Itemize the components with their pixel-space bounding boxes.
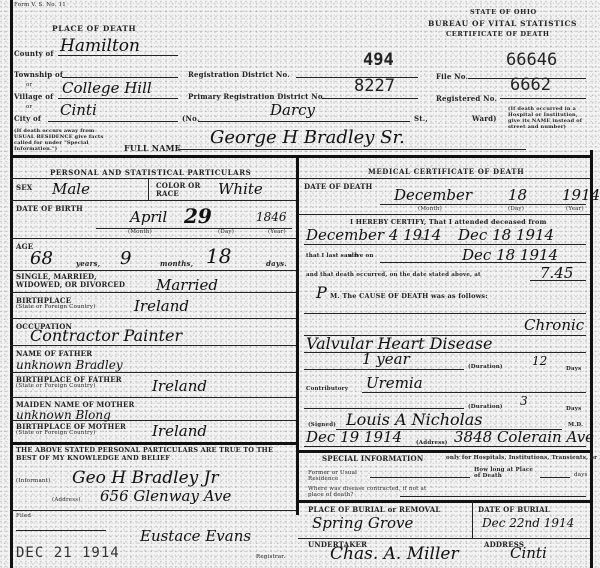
death-date-label: DATE OF DEATH bbox=[304, 182, 372, 191]
informant-value: Geo H Bradley Jr bbox=[72, 468, 219, 488]
dob-year: 1846 bbox=[256, 210, 287, 224]
undertaker-value: Chas. A. Miller bbox=[330, 544, 459, 564]
or-label: or bbox=[26, 82, 32, 88]
street-value: Darcy bbox=[270, 101, 315, 119]
signed-date: Dec 19 1914 bbox=[306, 428, 402, 446]
marital-label: SINGLE, MARRIED, WIDOWED, OR DIVORCED bbox=[16, 273, 136, 289]
certificate-title: CERTIFICATE OF DEATH bbox=[446, 30, 550, 38]
age-months: 9 bbox=[120, 248, 131, 269]
sex-value: Male bbox=[52, 180, 90, 198]
bureau-heading: BUREAU OF VITAL STATISTICS bbox=[428, 19, 577, 28]
township-label: Township of bbox=[14, 70, 63, 79]
full-name-label: FULL NAME bbox=[124, 143, 181, 153]
death-month: December bbox=[394, 186, 472, 204]
birthplace-sublabel: (State or Foreign Country) bbox=[16, 304, 95, 310]
form-number: Form V. S. No. 11 bbox=[14, 2, 66, 8]
days-label-2: Days bbox=[566, 406, 581, 412]
occupation-value: Contractor Painter bbox=[30, 326, 182, 345]
full-name-value: George H Bradley Sr. bbox=[210, 127, 405, 148]
informant-label: (Informant) bbox=[16, 478, 50, 484]
informant-address-label: (Address) bbox=[52, 497, 81, 503]
age-years: 68 bbox=[30, 248, 53, 269]
dob-month: April bbox=[130, 208, 167, 226]
informant-address: 656 Glenway Ave bbox=[100, 487, 231, 505]
column-divider bbox=[296, 155, 299, 515]
residence-note: (If death occurs away from USUAL RESIDEN… bbox=[14, 128, 114, 152]
left-border bbox=[10, 0, 13, 568]
burial-place-value: Spring Grove bbox=[312, 514, 413, 532]
registration-district-number: 494 bbox=[363, 50, 394, 70]
dob-month-caption: (Month) bbox=[128, 229, 152, 235]
burial-place-label: PLACE OF BURIAL or REMOVAL bbox=[308, 505, 440, 514]
file-number: 66646 bbox=[506, 50, 557, 70]
father-birthplace-value: Ireland bbox=[152, 377, 207, 395]
primary-district-label: Primary Registration District No. bbox=[188, 92, 325, 101]
duration-label: (Duration) bbox=[468, 364, 503, 370]
special-days-label: days bbox=[574, 472, 588, 478]
attended-to: Dec 18 1914 bbox=[458, 226, 554, 244]
personal-heading: PERSONAL AND STATISTICAL PARTICULARS bbox=[50, 168, 251, 177]
cause-text: M. The CAUSE OF DEATH was as follows: bbox=[330, 292, 488, 300]
death-day-caption: (Day) bbox=[508, 206, 524, 212]
county-label: County of bbox=[14, 49, 54, 58]
street-number-label: (No. bbox=[182, 114, 200, 123]
mother-birthplace-value: Ireland bbox=[152, 422, 207, 440]
death-month-caption: (Month) bbox=[418, 206, 442, 212]
contributory-value: Uremia bbox=[366, 374, 423, 392]
duration-contributory-days: 3 bbox=[520, 394, 528, 408]
sex-label: SEX bbox=[16, 183, 32, 192]
ward-label: Ward) bbox=[472, 114, 497, 123]
section-divider bbox=[10, 155, 593, 158]
county-value: Hamilton bbox=[60, 36, 140, 56]
dob-day-caption: (Day) bbox=[218, 229, 234, 235]
village-label: Village of bbox=[14, 92, 53, 101]
mother-birthplace-sublabel: (State or Foreign Country) bbox=[16, 430, 95, 436]
special-info-heading: SPECIAL INFORMATION bbox=[322, 454, 423, 463]
death-day: 18 bbox=[508, 186, 527, 204]
attestation: THE ABOVE STATED PERSONAL PARTICULARS AR… bbox=[16, 446, 292, 462]
father-value: unknown Bradley bbox=[16, 358, 123, 372]
medical-heading: MEDICAL CERTIFICATE OF DEATH bbox=[368, 167, 524, 176]
registrar-signature: Eustace Evans bbox=[140, 527, 251, 545]
to-label: to bbox=[418, 236, 424, 242]
filed-label: Filed bbox=[16, 513, 31, 519]
death-year-caption: (Year) bbox=[566, 206, 584, 212]
color-race-value: White bbox=[218, 180, 263, 198]
or-label-2: or bbox=[26, 104, 32, 110]
undertaker-address: Cinti bbox=[510, 544, 547, 562]
registered-number: 6662 bbox=[510, 75, 551, 95]
registrar-label: Registrar. bbox=[256, 554, 285, 560]
birthplace-value: Ireland bbox=[134, 297, 189, 315]
age-days: 18 bbox=[206, 244, 231, 268]
city-value: Cinti bbox=[60, 101, 97, 119]
meridian: P bbox=[316, 283, 327, 302]
registered-number-label: Registered No. bbox=[436, 94, 497, 103]
place-of-death-heading: PLACE OF DEATH bbox=[52, 24, 136, 33]
file-number-label: File No. bbox=[436, 72, 468, 81]
days-label: Days bbox=[566, 366, 581, 372]
how-long-label: How long at Place of Death bbox=[474, 467, 534, 479]
primary-district-number: 8227 bbox=[354, 76, 395, 96]
filed-date-stamp: DEC 21 1914 bbox=[16, 545, 120, 561]
village-value: College Hill bbox=[62, 79, 152, 97]
right-border bbox=[590, 150, 593, 568]
registration-district-label: Registration District No. bbox=[188, 70, 290, 79]
death-year: 1914 bbox=[562, 186, 600, 204]
special-info-subheading: only for Hospitals, Institutions, Transi… bbox=[446, 455, 600, 461]
days-caption: days. bbox=[266, 259, 287, 268]
months-caption: months, bbox=[160, 259, 193, 268]
physician-address: 3848 Colerain Ave bbox=[454, 428, 594, 446]
father-birthplace-sublabel: (State or Foreign Country) bbox=[16, 383, 95, 389]
last-saw-alive: alive on bbox=[348, 253, 374, 259]
state-heading: STATE OF OHIO bbox=[470, 8, 537, 16]
dob-year-caption: (Year) bbox=[268, 229, 286, 235]
duration-primary: 1 year bbox=[362, 350, 410, 368]
burial-date-value: Dec 22nd 1914 bbox=[482, 516, 574, 530]
occurred-text: and that death occurred, on the date sta… bbox=[306, 272, 481, 278]
dob-day: 29 bbox=[184, 204, 212, 228]
years-caption: years, bbox=[76, 259, 100, 268]
city-label: City of bbox=[14, 114, 41, 123]
cause-chronic: Chronic bbox=[524, 316, 584, 334]
certify-text: I HEREBY CERTIFY, That I attended deceas… bbox=[350, 218, 547, 226]
contributory-label: Contributory bbox=[306, 386, 348, 392]
former-residence-label: Former or Usual Residence bbox=[308, 470, 368, 482]
color-race-label: COLOR OR RACE bbox=[156, 182, 206, 198]
dob-label: DATE OF BIRTH bbox=[16, 204, 83, 213]
street-label: St., bbox=[414, 114, 428, 123]
burial-date-label: DATE OF BURIAL bbox=[478, 505, 550, 514]
institution-note: (If death occurred in a Hospital or Inst… bbox=[508, 106, 588, 130]
duration-primary-days: 12 bbox=[532, 354, 547, 368]
father-label: NAME OF FATHER bbox=[16, 349, 92, 358]
death-certificate: Form V. S. No. 11 PLACE OF DEATH STATE O… bbox=[0, 0, 600, 568]
physician-signature: Louis A Nicholas bbox=[346, 410, 483, 429]
